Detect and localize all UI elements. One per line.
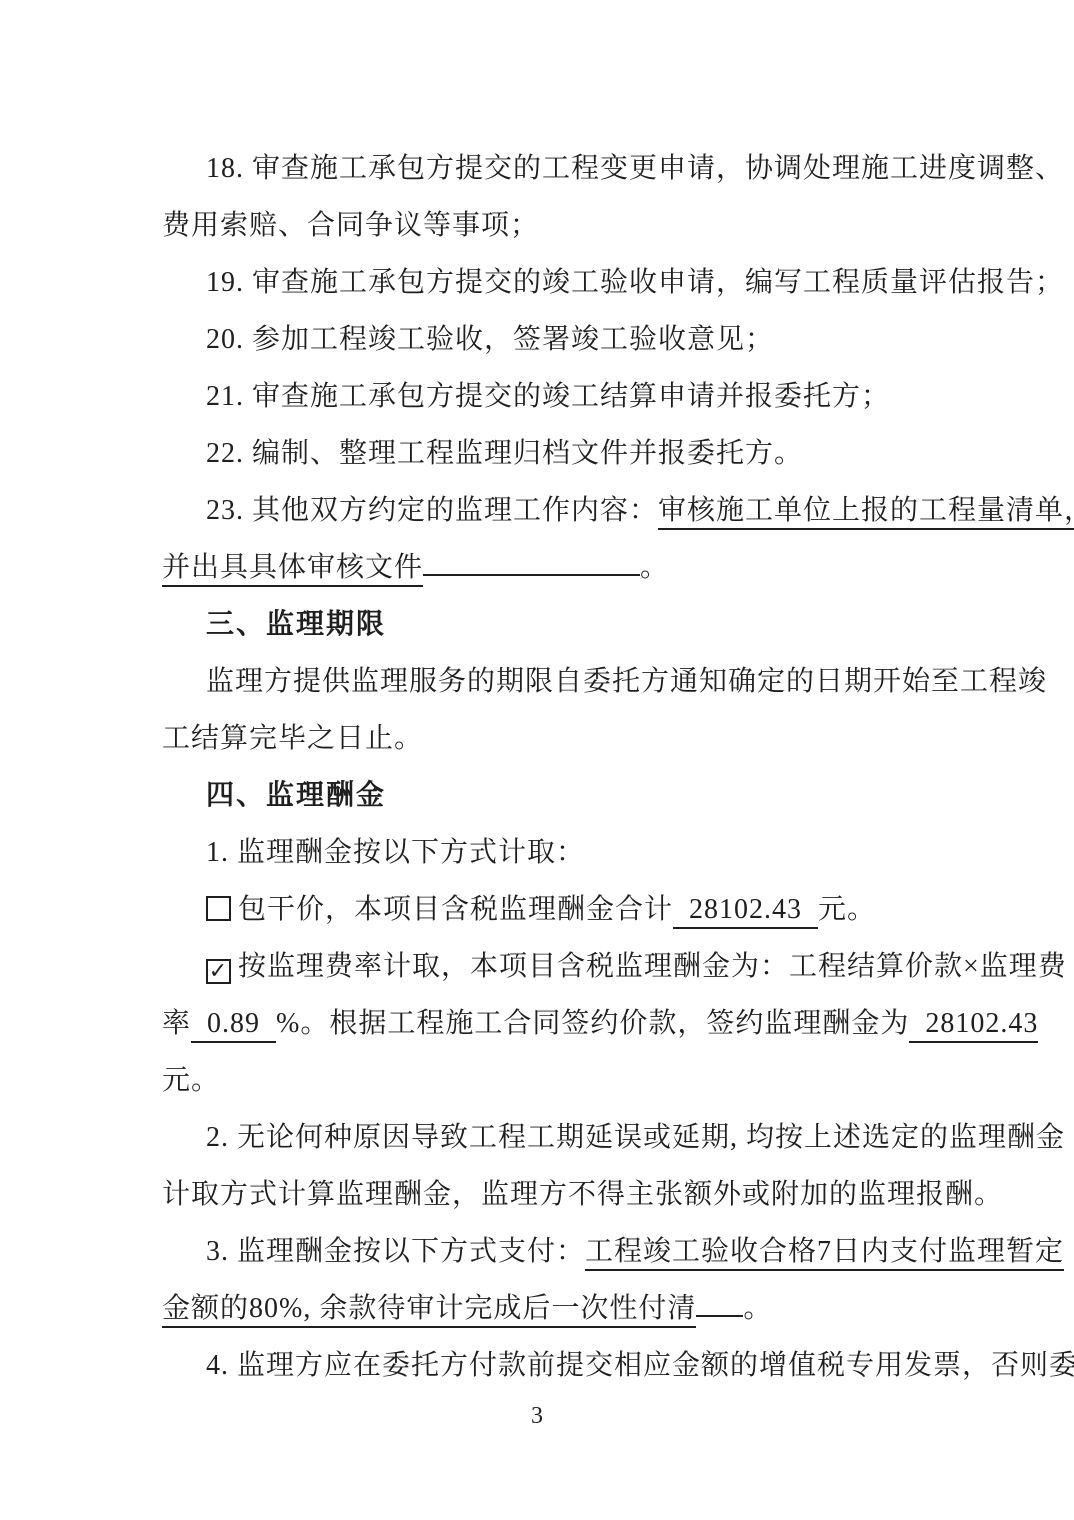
clause-23-line-2: 并出具具体审核文件。 [162,539,986,596]
section-3-heading: 三、监理期限 [162,596,986,653]
fee-option-rate-prefix: 率 [162,1008,191,1039]
fee-option-lump-suffix: 元。 [818,894,876,925]
fee-item-3-fill-2: 金额的80%, 余款待审计完成后一次性付清 [162,1293,696,1328]
clause-18-line-1: 18. 审查施工承包方提交的工程变更申请，协调处理施工进度调整、 [162,140,986,197]
clause-18-text-1: 18. 审查施工承包方提交的工程变更申请，协调处理施工进度调整、 [206,153,1064,184]
section-3-body-text-2: 工结算完毕之日止。 [162,723,423,754]
section-3-body-line-1: 监理方提供监理服务的期限自委托方通知确定的日期开始至工程竣 [162,653,986,710]
fee-item-2-text-1: 2. 无论何种原因导致工程工期延误或延期, 均按上述选定的监理酬金 [206,1122,1065,1153]
section-3-title: 三、监理期限 [206,609,386,640]
clause-20-text: 20. 参加工程竣工验收，签署竣工验收意见； [206,324,774,355]
fee-item-2-line-2: 计取方式计算监理酬金，监理方不得主张额外或附加的监理报酬。 [162,1166,986,1223]
clause-19: 19. 审查施工承包方提交的竣工验收申请，编写工程质量评估报告； [162,254,986,311]
fee-item-3-line-1: 3. 监理酬金按以下方式支付：工程竣工验收合格7日内支付监理暂定 [162,1223,986,1280]
fee-item-4-text-1: 4. 监理方应在委托方付款前提交相应金额的增值税专用发票，否则委 [206,1350,1074,1381]
checkbox-checked-icon[interactable]: ✓ [206,959,231,984]
fee-option-rate-suffix: 元。 [162,1065,220,1096]
fee-item-3-period: 。 [743,1293,772,1324]
clause-22: 22. 编制、整理工程监理归档文件并报委托方。 [162,425,986,482]
clause-23-label: 23. 其他双方约定的监理工作内容： [206,495,658,526]
clause-19-text: 19. 审查施工承包方提交的竣工验收申请，编写工程质量评估报告； [206,267,1064,298]
fee-option-rate-text-1: 按监理费率计取，本项目含税监理酬金为：工程结算价款×监理费 [238,951,1067,982]
clause-18-text-2: 费用索赔、合同争议等事项； [162,210,539,241]
fee-option-rate-mid: %。根据工程施工合同签约价款，签约监理酬金为 [276,1008,909,1039]
fee-option-lump-text: 包干价，本项目含税监理酬金合计 [238,894,673,925]
section-3-body-text-1: 监理方提供监理服务的期限自委托方通知确定的日期开始至工程竣 [206,666,1047,697]
page-number: 3 [0,1394,1074,1438]
fill-in-blank-line[interactable] [696,1284,743,1317]
fill-in-blank-line[interactable] [423,543,640,576]
check-icon: ✓ [209,959,228,984]
fee-option-rate-amount: 28102.43 [909,1008,1038,1043]
fee-item-2-line-1: 2. 无论何种原因导致工程工期延误或延期, 均按上述选定的监理酬金 [162,1109,986,1166]
fee-option-lump-amount: 28102.43 [673,894,818,929]
clause-23-fill-1: 审核施工单位上报的工程量清单， [658,495,1074,530]
clause-21: 21. 审查施工承包方提交的竣工结算申请并报委托方； [162,368,986,425]
fee-option-rate-line-1: ✓按监理费率计取，本项目含税监理酬金为：工程结算价款×监理费 [162,938,986,995]
checkbox-unchecked-icon[interactable] [206,896,231,921]
fee-option-lump-sum: 包干价，本项目含税监理酬金合计28102.43元。 [162,881,986,938]
fee-option-rate-line-2: 率0.89%。根据工程施工合同签约价款，签约监理酬金为28102.43 [162,995,986,1052]
fee-item-2-text-2: 计取方式计算监理酬金，监理方不得主张额外或附加的监理报酬。 [162,1179,1003,1210]
clause-18-line-2: 费用索赔、合同争议等事项； [162,197,986,254]
document-page: 18. 审查施工承包方提交的工程变更申请，协调处理施工进度调整、 费用索赔、合同… [0,0,1074,1520]
section-3-body-line-2: 工结算完毕之日止。 [162,710,986,767]
clause-23-period: 。 [640,552,669,583]
clause-21-text: 21. 审查施工承包方提交的竣工结算申请并报委托方； [206,381,890,412]
fee-item-3-line-2: 金额的80%, 余款待审计完成后一次性付清。 [162,1280,986,1337]
fee-item-4-line-1: 4. 监理方应在委托方付款前提交相应金额的增值税专用发票，否则委 [162,1337,986,1394]
clause-20: 20. 参加工程竣工验收，签署竣工验收意见； [162,311,986,368]
clause-23-line-1: 23. 其他双方约定的监理工作内容：审核施工单位上报的工程量清单， [162,482,986,539]
fee-option-rate-line-3: 元。 [162,1052,986,1109]
fee-item-1: 1. 监理酬金按以下方式计取： [162,824,986,881]
fee-item-3-label: 3. 监理酬金按以下方式支付： [206,1236,585,1267]
fee-option-rate-percentage: 0.89 [191,1008,276,1043]
fee-item-1-label: 1. 监理酬金按以下方式计取： [206,837,585,868]
clause-23-fill-2: 并出具具体审核文件 [162,552,423,587]
fee-item-3-fill-1: 工程竣工验收合格7日内支付监理暂定 [585,1236,1064,1271]
section-4-heading: 四、监理酬金 [162,767,986,824]
clause-22-text: 22. 编制、整理工程监理归档文件并报委托方。 [206,438,803,469]
section-4-title: 四、监理酬金 [206,780,386,811]
